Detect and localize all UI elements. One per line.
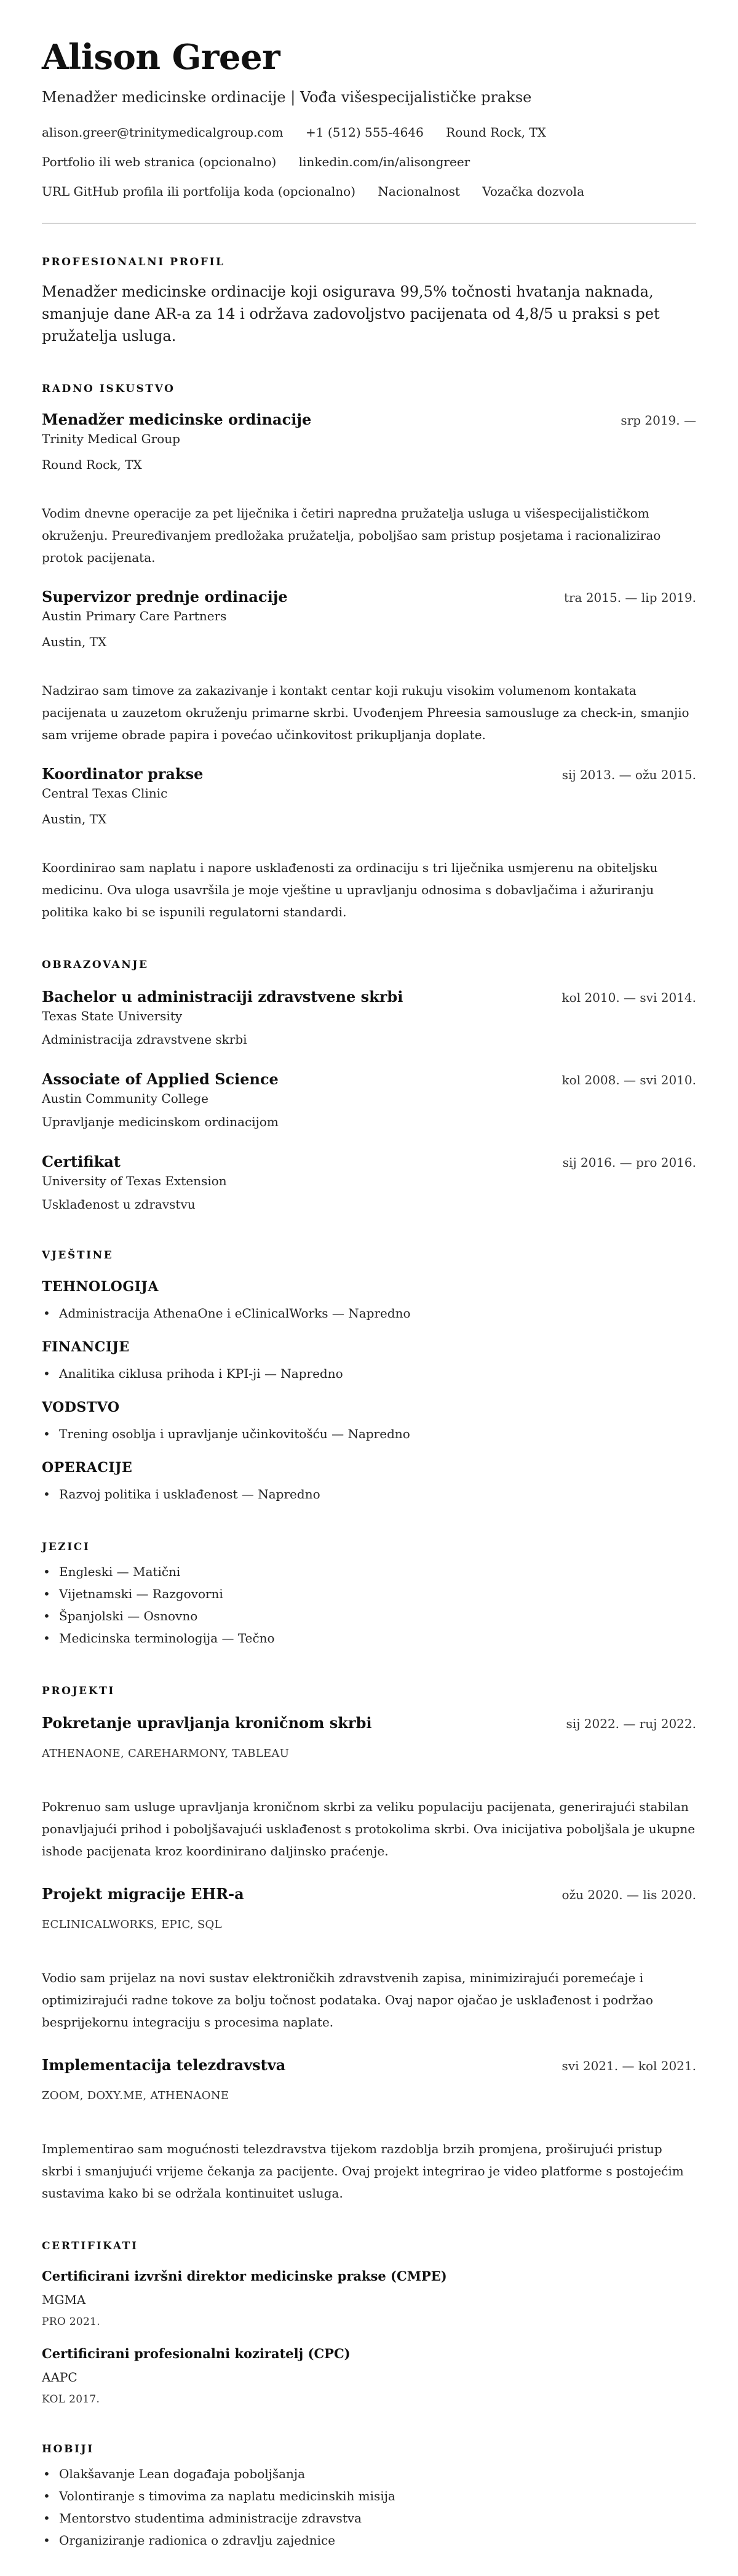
project-dates: svi 2021. — kol 2021. [562,2057,696,2075]
job-entry: Koordinator praksesij 2013. — ožu 2015.C… [42,764,696,923]
job-dates: tra 2015. — lip 2019. [564,588,696,607]
education-section: Obrazovanje Bachelor u administraciji zd… [42,958,696,1214]
certification-entry: Certificirani profesionalni koziratelj (… [42,2345,696,2407]
project-title: Pokretanje upravljanja kroničnom skrbi [42,1713,371,1733]
certification-entry: Certificirani izvršni direktor medicinsk… [42,2267,696,2330]
job-dates: srp 2019. — [621,411,696,430]
project-entry: Pokretanje upravljanja kroničnom skrbisi… [42,1713,696,1862]
language-item: Medicinska terminologija — Tečno [42,1627,696,1649]
certification-title: Certificirani profesionalni koziratelj (… [42,2345,696,2363]
language-item: Španjolski — Osnovno [42,1605,696,1627]
education-dates: sij 2016. — pro 2016. [563,1153,696,1172]
project-title: Implementacija telezdravstva [42,2055,285,2075]
hobby-item: Olakšavanje Lean događaja poboljšanja [42,2463,696,2485]
skill-category-title: FINANCIJE [42,1338,696,1356]
contact-row: alison.greer@trinitymedicalgroup.com +1 … [42,123,696,142]
section-heading: Hobiji [42,2442,696,2457]
skill-list: Analitika ciklusa prihoda i KPI-ji — Nap… [42,1362,696,1385]
degree-title: Bachelor u administraciji zdravstvene sk… [42,987,403,1007]
education-header: Certifikatsij 2016. — pro 2016. [42,1152,696,1172]
project-description: Vodio sam prijelaz na novi sustav elektr… [42,1967,696,2033]
job-description: Koordinirao sam naplatu i napore usklađe… [42,857,696,923]
project-description: Pokrenuo sam usluge upravljanja kronično… [42,1796,696,1862]
job-title: Supervizor prednje ordinacije [42,587,288,607]
education-header: Associate of Applied Sciencekol 2008. — … [42,1070,696,1089]
drivers-license-text: Vozačka dozvola [482,184,584,199]
company-name: Central Texas Clinic [42,784,696,802]
contact-row: URL GitHub profila ili portfolija koda (… [42,182,696,201]
project-entry: Projekt migracije EHR-aožu 2020. — lis 2… [42,1884,696,2033]
job-location: Austin, TX [42,633,696,651]
location-text: Round Rock, TX [446,125,546,140]
project-tech-stack: ECLINICALWORKS, EPIC, SQL [42,1916,696,1934]
section-heading: Certifikati [42,2239,696,2254]
project-header: Pokretanje upravljanja kroničnom skrbisi… [42,1713,696,1733]
certification-title: Certificirani izvršni direktor medicinsk… [42,2267,696,2286]
certification-issuer: AAPC [42,2368,696,2386]
school-name: Austin Community College [42,1089,696,1108]
project-entry: Implementacija telezdravstvasvi 2021. — … [42,2055,696,2204]
job-header: Supervizor prednje ordinacijetra 2015. —… [42,587,696,607]
job-entry: Supervizor prednje ordinacijetra 2015. —… [42,587,696,746]
education-entry: Associate of Applied Sciencekol 2008. — … [42,1070,696,1131]
job-description: Vodim dnevne operacije za pet liječnika … [42,502,696,569]
profile-summary: Menadžer medicinske ordinacije koji osig… [42,281,696,347]
education-dates: kol 2010. — svi 2014. [562,988,696,1007]
certification-issuer: MGMA [42,2290,696,2309]
language-item: Vijetnamski — Razgovorni [42,1583,696,1605]
company-name: Trinity Medical Group [42,430,696,448]
section-heading: Obrazovanje [42,958,696,972]
project-title: Projekt migracije EHR-a [42,1884,244,1904]
hobby-item: Volontiranje s timovima za naplatu medic… [42,2485,696,2507]
job-title: Koordinator prakse [42,764,203,784]
project-list: Pokretanje upravljanja kroničnom skrbisi… [42,1713,696,2204]
projects-section: Projekti Pokretanje upravljanja kronično… [42,1684,696,2204]
section-heading: Jezici [42,1540,696,1554]
project-dates: ožu 2020. — lis 2020. [562,1886,696,1904]
skill-item: Administracija AthenaOne i eClinicalWork… [42,1302,696,1324]
job-header: Menadžer medicinske ordinacijesrp 2019. … [42,410,696,430]
nationality-text: Nacionalnost [378,184,460,199]
section-heading: Vještine [42,1248,696,1263]
portfolio-link[interactable]: Portfolio ili web stranica (opcionalno) [42,154,276,169]
skill-list: Razvoj politika i usklađenost — Napredno [42,1483,696,1505]
job-entry: Menadžer medicinske ordinacijesrp 2019. … [42,410,696,569]
field-of-study: Upravljanje medicinskom ordinacijom [42,1113,696,1131]
field-of-study: Usklađenost u zdravstvu [42,1195,696,1214]
degree-title: Certifikat [42,1152,121,1172]
profile-section: Profesionalni profil Menadžer medicinske… [42,255,696,347]
skills-section: Vještine TEHNOLOGIJAAdministracija Athen… [42,1248,696,1505]
education-list: Bachelor u administraciji zdravstvene sk… [42,987,696,1214]
github-link[interactable]: URL GitHub profila ili portfolija koda (… [42,184,355,199]
resume-page: Alison Greer Menadžer medicinske ordinac… [0,0,738,2576]
resume-header: Alison Greer Menadžer medicinske ordinac… [42,36,696,224]
language-list: Engleski — MatičniVijetnamski — Razgovor… [42,1561,696,1649]
job-list: Menadžer medicinske ordinacijesrp 2019. … [42,410,696,923]
school-name: University of Texas Extension [42,1172,696,1190]
contact-row: Portfolio ili web stranica (opcionalno) … [42,153,696,171]
job-description: Nadzirao sam timove za zakazivanje i kon… [42,679,696,746]
job-dates: sij 2013. — ožu 2015. [562,766,696,784]
experience-section: Radno iskustvo Menadžer medicinske ordin… [42,382,696,923]
skill-list: Trening osoblja i upravljanje učinkovito… [42,1423,696,1445]
certifications-section: Certifikati Certificirani izvršni direkt… [42,2239,696,2407]
skill-item: Trening osoblja i upravljanje učinkovito… [42,1423,696,1445]
skill-categories: TEHNOLOGIJAAdministracija AthenaOne i eC… [42,1278,696,1505]
job-title: Menadžer medicinske ordinacije [42,410,311,430]
section-heading: Projekti [42,1684,696,1698]
education-header: Bachelor u administraciji zdravstvene sk… [42,987,696,1007]
skill-category-title: VODSTVO [42,1398,696,1417]
school-name: Texas State University [42,1007,696,1025]
certification-list: Certificirani izvršni direktor medicinsk… [42,2267,696,2407]
section-heading: Radno iskustvo [42,382,696,396]
languages-section: Jezici Engleski — MatičniVijetnamski — R… [42,1540,696,1649]
skill-category-title: TEHNOLOGIJA [42,1278,696,1296]
project-description: Implementirao sam mogućnosti telezdravst… [42,2138,696,2204]
project-tech-stack: ATHENAONE, CAREHARMONY, TABLEAU [42,1745,696,1762]
candidate-name: Alison Greer [42,36,696,79]
phone-link[interactable]: +1 (512) 555-4646 [306,125,424,140]
job-header: Koordinator praksesij 2013. — ožu 2015. [42,764,696,784]
education-dates: kol 2008. — svi 2010. [562,1071,696,1089]
skill-item: Analitika ciklusa prihoda i KPI-ji — Nap… [42,1362,696,1385]
hobbies-section: Hobiji Olakšavanje Lean događaja poboljš… [42,2442,696,2551]
job-location: Round Rock, TX [42,455,696,474]
project-header: Implementacija telezdravstvasvi 2021. — … [42,2055,696,2075]
project-header: Projekt migracije EHR-aožu 2020. — lis 2… [42,1884,696,1904]
job-location: Austin, TX [42,810,696,828]
email-link[interactable]: alison.greer@trinitymedicalgroup.com [42,125,284,140]
section-heading: Profesionalni profil [42,255,696,270]
education-entry: Certifikatsij 2016. — pro 2016.Universit… [42,1152,696,1214]
hobby-list: Olakšavanje Lean događaja poboljšanjaVol… [42,2463,696,2551]
hobby-item: Organiziranje radionica o zdravlju zajed… [42,2529,696,2551]
skill-list: Administracija AthenaOne i eClinicalWork… [42,1302,696,1324]
education-entry: Bachelor u administraciji zdravstvene sk… [42,987,696,1049]
language-item: Engleski — Matični [42,1561,696,1583]
skill-category-title: OPERACIJE [42,1458,696,1477]
header-divider [42,223,696,224]
company-name: Austin Primary Care Partners [42,607,696,625]
field-of-study: Administracija zdravstvene skrbi [42,1030,696,1049]
certification-date: PRO 2021. [42,2314,696,2330]
project-tech-stack: ZOOM, DOXY.ME, ATHENAONE [42,2087,696,2105]
certification-date: KOL 2017. [42,2391,696,2407]
skill-item: Razvoj politika i usklađenost — Napredno [42,1483,696,1505]
linkedin-link[interactable]: linkedin.com/in/alisongreer [299,154,470,169]
candidate-headline: Menadžer medicinske ordinacije | Vođa vi… [42,87,696,107]
project-dates: sij 2022. — ruj 2022. [566,1714,696,1733]
degree-title: Associate of Applied Science [42,1070,279,1089]
contact-info: alison.greer@trinitymedicalgroup.com +1 … [42,123,696,201]
hobby-item: Mentorstvo studentima administracije zdr… [42,2507,696,2529]
